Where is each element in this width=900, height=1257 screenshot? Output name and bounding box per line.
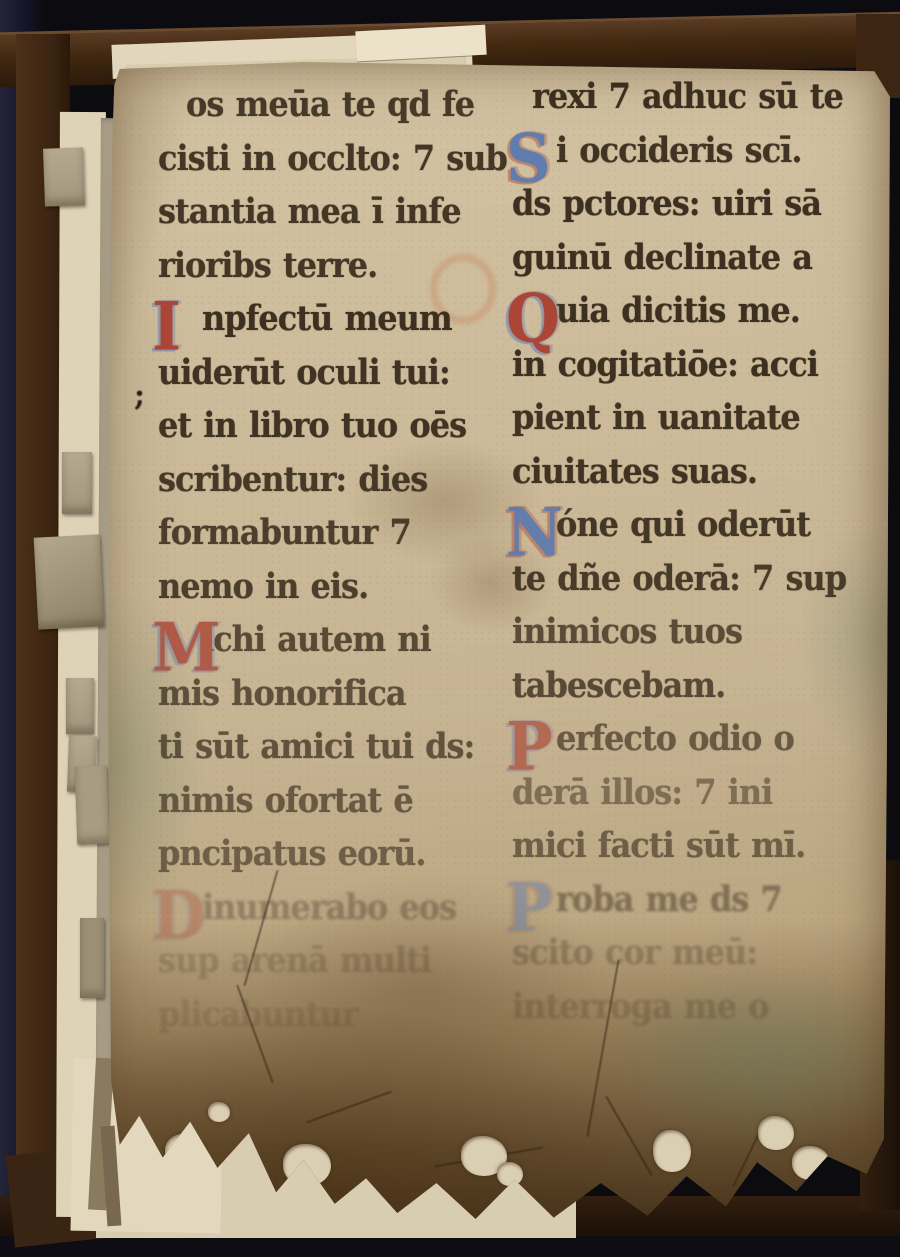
bookmark-tab [62,452,92,514]
line-text: óne qui oderūt [556,504,810,545]
line-text: pient in uanitate [512,397,800,438]
illuminated-initial: Q [506,288,559,350]
line-text: ds pctores: uiri sā [512,183,821,224]
text-line: tabescebam. [512,665,880,722]
illuminated-initial: P [506,716,552,778]
text-line: Dinumerabo eos [158,887,494,944]
line-text: ichi autem ni [202,619,431,660]
text-column-right: rexi 7 adhuc sū teSi occideris scī.ds pc… [512,76,880,1039]
line-text: stantia mea ī infe [158,191,461,232]
line-text: npfectū meum [202,298,452,339]
text-line: inimicos tuos [512,611,880,668]
text-line: nimis ofortat ē [158,780,494,837]
line-text: uia dicitis me. [556,290,800,331]
line-text: ciuitates suas. [512,451,757,492]
line-text: scribentur: dies [158,459,427,500]
line-text: mis honorifica [158,673,406,714]
parchment-hole [208,1102,230,1122]
line-text: interroga me o [512,986,769,1027]
text-line: scribentur: dies [158,459,494,516]
text-line: plicabuntur [158,994,494,1051]
illuminated-initial: S [506,127,550,189]
line-text: plicabuntur [158,994,358,1035]
text-line: ds pctores: uiri sā [512,183,880,240]
bookmark-tab [43,147,85,206]
text-line: pient in uanitate [512,397,880,454]
text-line: rexi 7 adhuc sū te [512,76,880,133]
line-text: te dñe oderā: 7 sup [512,558,846,599]
text-line: uiderūt oculi tui: [158,352,494,409]
text-line: rioribs terre. [158,245,494,302]
text-line: Proba me ds 7 [512,879,880,936]
text-line: guinū declinate a [512,237,880,294]
text-column-left: os meūa te qd fecisti in occlto: 7 subst… [158,84,494,1047]
line-text: derā illos: 7 ini [512,772,772,813]
line-text: rioribs terre. [158,245,377,286]
crack [605,1096,653,1177]
crack [306,1091,391,1124]
margin-mark: ; [134,378,145,413]
text-line: interroga me o [512,986,880,1043]
text-line: et in libro tuo oēs [158,405,494,462]
illuminated-initial: P [506,876,552,938]
text-line: sup arenā multi [158,940,494,997]
line-text: nimis ofortat ē [158,780,413,821]
text-line: ti sūt amici tui ds: [158,726,494,783]
line-text: i occideris scī. [556,130,801,171]
text-line: Perfecto odio o [512,718,880,775]
illuminated-initial: N [506,502,562,564]
bookmark-tab [66,678,94,734]
line-text: inumerabo eos [202,887,456,928]
text-line: te dñe oderā: 7 sup [512,558,880,615]
illuminated-initial: I [152,296,180,358]
bookmark-tab [34,534,105,629]
line-text: roba me ds 7 [556,879,782,920]
text-line: mici facti sūt mī. [512,825,880,882]
background-bottom [0,1236,900,1257]
line-text: tabescebam. [512,665,725,706]
line-text: nemo in eis. [158,566,368,607]
text-line: cisti in occlto: 7 sub [158,138,494,195]
parchment-hole [792,1146,830,1180]
text-line: Michi autem ni [158,619,494,676]
line-text: rexi 7 adhuc sū te [532,76,843,117]
text-line: Inpfectū meum [158,298,494,355]
line-text: inimicos tuos [512,611,742,652]
text-line: derā illos: 7 ini [512,772,880,829]
text-line: Si occideris scī. [512,130,880,187]
text-line: os meūa te qd fe [158,84,494,141]
text-line: mis honorifica [158,673,494,730]
line-text: pncipatus eorū. [158,833,426,874]
line-text: scito cor meū: [512,932,757,973]
line-text: formabuntur 7 [158,512,411,553]
line-text: mici facti sūt mī. [512,825,805,866]
text-line: stantia mea ī infe [158,191,494,248]
parchment-hole [497,1162,523,1186]
bookmark-tab [75,765,110,844]
bookmark-tab [80,918,104,998]
parchment-page: ; os meūa te qd fecisti in occlto: 7 sub… [108,62,890,1220]
illuminated-initial: M [152,617,220,679]
line-text: guinū declinate a [512,237,812,278]
line-text: et in libro tuo oēs [158,405,466,446]
line-text: sup arenā multi [158,940,431,981]
text-line: Quia dicitis me. [512,290,880,347]
text-line: pncipatus eorū. [158,833,494,890]
line-text: ti sūt amici tui ds: [158,726,474,767]
line-text: cisti in occlto: 7 sub [158,138,507,179]
text-line: Nóne qui oderūt [512,504,880,561]
line-text: os meūa te qd fe [186,84,474,125]
line-text: uiderūt oculi tui: [158,352,450,393]
line-text: in cogitatiōe: acci [512,344,818,385]
text-line: in cogitatiōe: acci [512,344,880,401]
illuminated-initial: D [152,884,205,946]
line-text: erfecto odio o [556,718,794,759]
text-line: scito cor meū: [512,932,880,989]
parchment-hole [653,1130,691,1172]
parchment-hole [758,1116,794,1150]
text-line: formabuntur 7 [158,512,494,569]
text-line: ciuitates suas. [512,451,880,508]
